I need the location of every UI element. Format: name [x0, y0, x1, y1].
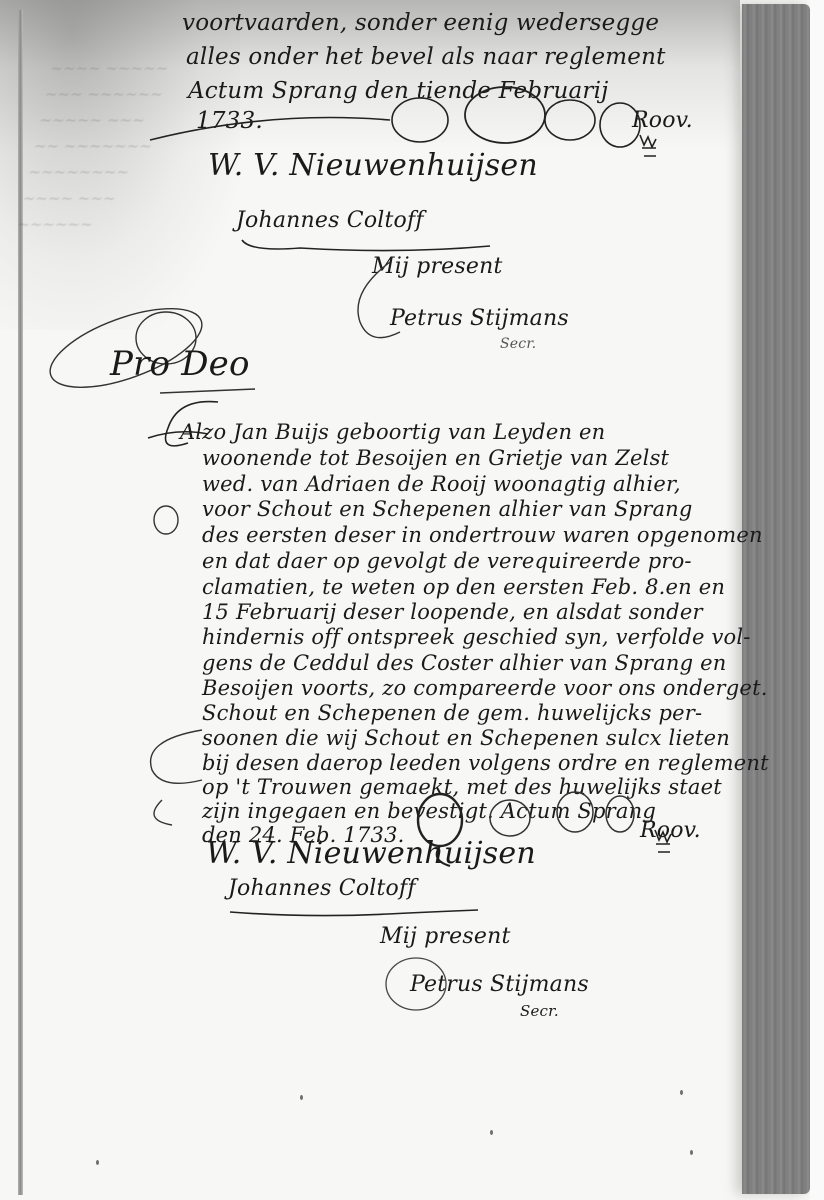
document-page: ~~~~ ~~~~~ ~~~ ~~~~~~ ~~~~~ ~~~ ~~ ~~~~~… — [0, 0, 824, 1200]
clerk-title: Secr. — [520, 1002, 559, 1020]
text-line: hindernis off ontspreek geschied syn, ve… — [202, 625, 751, 649]
bleed-line: ~~~~~~ — [15, 211, 191, 237]
binding-edge — [742, 4, 810, 1194]
clerk-title: Secr. — [500, 336, 536, 352]
witness-label: Mij present — [380, 924, 511, 949]
text-line: 15 Februarij deser loopende, en alsdat s… — [202, 600, 703, 624]
text-line: voortvaarden, sonder eenig wedersegge — [182, 10, 659, 36]
signature-stijmans: Petrus Stijmans — [390, 306, 569, 331]
bleed-line: ~~~~~~~~ — [26, 159, 202, 185]
right-page-strip — [810, 0, 824, 1200]
text-line: Besoijen voorts, zo compareerde voor ons… — [202, 676, 768, 700]
paper-speck — [96, 1160, 99, 1165]
text-line: 1733. — [196, 108, 263, 134]
text-line: alles onder het bevel als naar reglement — [186, 44, 666, 70]
bleed-line: ~~~~ ~~~ — [20, 185, 196, 211]
text-line: op 't Trouwen gemaekt, met des huwelijks… — [202, 775, 722, 799]
paper-speck — [690, 1150, 693, 1155]
signoff-mark: Roov. — [640, 818, 701, 843]
signature-nieuwenhuijsen: W. V. Nieuwenhuijsen — [208, 148, 538, 183]
text-line: clamatien, te weten op den eersten Feb. … — [202, 575, 725, 599]
bleed-line: ~~~~~ ~~~ — [37, 107, 213, 133]
signature-coltoff: Johannes Coltoff — [228, 876, 416, 901]
text-line: Schout en Schepenen de gem. huwelijcks p… — [202, 701, 702, 725]
text-line: soonen die wij Schout en Schepenen sulcx… — [202, 726, 730, 750]
heading-rule — [160, 382, 260, 401]
text-line: Actum Sprang den tiende Februarij — [188, 78, 608, 104]
signature-stijmans: Petrus Stijmans — [410, 972, 589, 997]
text-line: Alzo Jan Buijs geboortig van Leyden en — [180, 420, 605, 444]
text-line: zijn ingegaen en bevestigt. Actum Sprang — [202, 799, 656, 823]
paper-speck — [490, 1130, 493, 1135]
bleed-line: ~~ ~~~~~~~ — [31, 133, 207, 159]
margin-loop-icon — [150, 500, 190, 544]
signature-nieuwenhuijsen: W. V. Nieuwenhuijsen — [206, 836, 536, 871]
text-line: voor Schout en Schepenen alhier van Spra… — [202, 497, 693, 521]
paper-speck — [300, 1095, 303, 1100]
text-line: bij desen daerop leeden volgens ordre en… — [202, 751, 769, 775]
text-line: en dat daer op gevolgt de verequireerde … — [202, 549, 692, 573]
signature-coltoff: Johannes Coltoff — [236, 208, 424, 233]
text-line: gens de Ceddul des Coster alhier van Spr… — [202, 651, 726, 675]
text-line: des eersten deser in ondertrouw waren op… — [202, 523, 763, 547]
text-line: wed. van Adriaen de Rooij woonagtig alhi… — [202, 472, 681, 496]
signoff-mark: Roov. — [632, 108, 693, 133]
heading-pro-deo: Pro Deo — [110, 344, 250, 384]
witness-label: Mij present — [372, 254, 503, 279]
paper-speck — [680, 1090, 683, 1095]
left-margin-edge — [18, 10, 23, 1195]
text-line: woonende tot Besoijen en Grietje van Zel… — [202, 446, 669, 470]
